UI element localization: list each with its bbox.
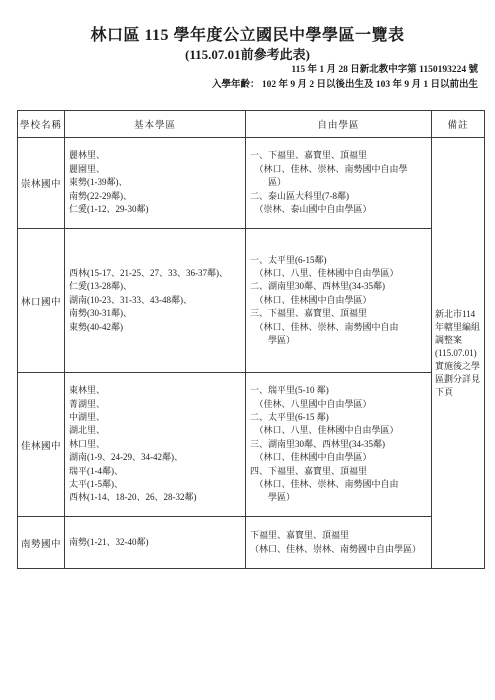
basic-district-cell: 東林里、 菁湖里、 中湖里、 湖北里、 林口里、 湖南(1-9、24-29、34… bbox=[65, 373, 246, 517]
col-header-remark: 備註 bbox=[432, 111, 485, 138]
page-title: 林口區 115 學年度公立國民中學學區一覽表 bbox=[0, 26, 495, 46]
col-header-basic-district: 基本學區 bbox=[65, 111, 246, 138]
free-district-cell: 一、下福里、嘉寶里、頂福里 （林口、佳林、崇林、南勢國中自由學 區） 二、泰山區… bbox=[246, 138, 432, 229]
col-header-school-name: 學校名稱 bbox=[18, 111, 65, 138]
free-district-cell: 一、太平里(6-15鄰) （林口、八里、佳林國中自由學區） 二、湖南里30鄰、西… bbox=[246, 229, 432, 373]
school-name-cell: 崇林國中 bbox=[18, 138, 65, 229]
free-district-cell: 下福里、嘉寶里、頂福里 （林口、佳林、崇林、南勢國中自由學區） bbox=[246, 517, 432, 569]
document-meta: 115 年 1 月 28 日新北教中字第 1150193224 號 入學年齡： … bbox=[0, 63, 495, 93]
school-name-cell: 南勢國中 bbox=[18, 517, 65, 569]
table-header-row: 學校名稱 基本學區 自由學區 備註 bbox=[18, 111, 485, 138]
basic-district-cell: 西林(15-17、21-25、27、33、36-37鄰)、 仁愛(13-28鄰)… bbox=[65, 229, 246, 373]
basic-district-cell: 南勢(1-21、32-40鄰) bbox=[65, 517, 246, 569]
doc-number-line: 115 年 1 月 28 日新北教中字第 1150193224 號 bbox=[0, 63, 478, 78]
document-page: 林口區 115 學年度公立國民中學學區一覽表 (115.07.01前參考此表) … bbox=[0, 0, 495, 700]
admission-age-line: 入學年齡： 102 年 9 月 2 日以後出生及 103 年 9 月 1 日以前… bbox=[0, 78, 478, 93]
table-row-jialin: 佳林國中 東林里、 菁湖里、 中湖里、 湖北里、 林口里、 湖南(1-9、24-… bbox=[18, 373, 485, 517]
school-name-cell: 林口國中 bbox=[18, 229, 65, 373]
basic-district-cell: 麗林里、 麗園里、 東勢(1-39鄰)、 南勢(22-29鄰)、 仁愛(1-12… bbox=[65, 138, 246, 229]
school-name-cell: 佳林國中 bbox=[18, 373, 65, 517]
table-row-linkou: 林口國中 西林(15-17、21-25、27、33、36-37鄰)、 仁愛(13… bbox=[18, 229, 485, 373]
col-header-free-district: 自由學區 bbox=[246, 111, 432, 138]
table-row-chonglin: 崇林國中 麗林里、 麗園里、 東勢(1-39鄰)、 南勢(22-29鄰)、 仁愛… bbox=[18, 138, 485, 229]
school-district-table: 學校名稱 基本學區 自由學區 備註 崇林國中 麗林里、 麗園里、 東勢(1-39… bbox=[17, 110, 485, 569]
remark-cell: 新北市114 年轄里編組 調整案 (115.07.01) 實施後之學 區劃分詳見… bbox=[432, 138, 485, 569]
page-subtitle: (115.07.01前參考此表) bbox=[0, 46, 495, 63]
free-district-cell: 一、瑞平里(5-10 鄰) （佳林、八里國中自由學區） 二、太平里(6-15 鄰… bbox=[246, 373, 432, 517]
table-row-nanshi: 南勢國中 南勢(1-21、32-40鄰) 下福里、嘉寶里、頂福里 （林口、佳林、… bbox=[18, 517, 485, 569]
